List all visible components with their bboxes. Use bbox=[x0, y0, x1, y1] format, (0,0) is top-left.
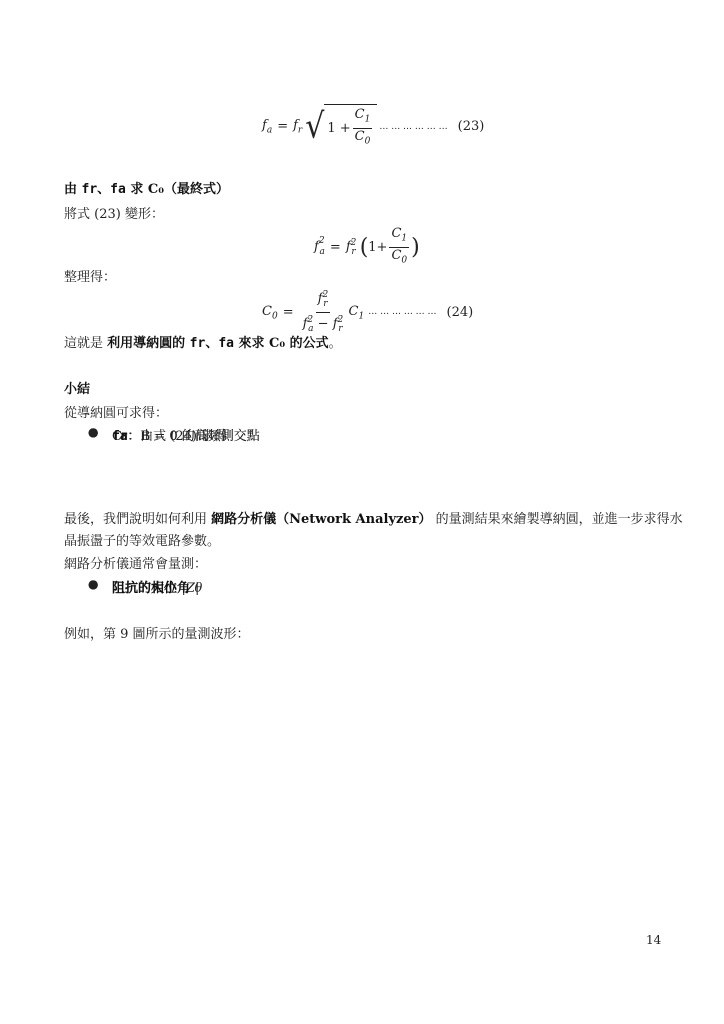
conclusion-line: 這就是 利用導納圓的 fr、fa 來求 C₀ 的公式。 bbox=[64, 332, 342, 351]
eq23-sqrt: √ 1 + C1 C0 bbox=[305, 104, 377, 149]
transform-line: 將式 (23) 變形： bbox=[64, 203, 164, 222]
eq23-fr: fr bbox=[293, 118, 302, 136]
eq24-leader-dots: … … … … … … bbox=[368, 307, 436, 317]
summary-heading: 小結 bbox=[64, 378, 90, 397]
equation-23: fa = fr √ 1 + C1 C0 … … … … … … (23) bbox=[262, 104, 484, 149]
network-paragraph-line1: 最後，我們說明如何利用 網路分析儀（Network Analyzer） 的量測結… bbox=[64, 508, 683, 527]
eq24-number: (24) bbox=[447, 305, 474, 320]
radical-sign-icon: √ bbox=[305, 109, 324, 144]
eq23-equals: = bbox=[277, 119, 288, 134]
measure-intro: 網路分析儀通常會量測： bbox=[64, 553, 207, 572]
measure-list: ● 阻抗的大小 |Z| ● 阻抗的相位角 θ bbox=[88, 577, 388, 623]
summary-intro: 從導納圓可求得： bbox=[64, 402, 168, 421]
eq23-leader-dots: … … … … … … bbox=[379, 122, 447, 132]
eq23-number: (23) bbox=[458, 119, 485, 134]
page-number: 14 bbox=[646, 933, 661, 947]
bullet-icon: ● bbox=[88, 577, 98, 591]
summary-list: ● fr：B = 0 的低頻側交點 ● fa：B = 0 的高頻側交點 ● C₀… bbox=[88, 425, 388, 495]
network-paragraph-line2: 晶振盪子的等效電路參數。 bbox=[64, 530, 220, 549]
eq23-lhs: fa bbox=[262, 118, 272, 136]
eq23-fraction: C1 C0 bbox=[353, 107, 373, 149]
equation-squared: f2a = f2r ( 1+ C1 C0 ) bbox=[314, 226, 420, 268]
bullet-icon: ● bbox=[88, 425, 98, 439]
section-heading-c0: 由 fr、fa 求 C₀（最終式） bbox=[64, 178, 229, 197]
eq24-fraction: f2r f2a − f2r bbox=[301, 288, 345, 337]
example-line: 例如，第 9 圖所示的量測波形： bbox=[64, 623, 250, 642]
equation-24: C0 = f2r f2a − f2r C1 … … … … … … (24) bbox=[262, 288, 473, 337]
arrange-line: 整理得： bbox=[64, 266, 116, 285]
